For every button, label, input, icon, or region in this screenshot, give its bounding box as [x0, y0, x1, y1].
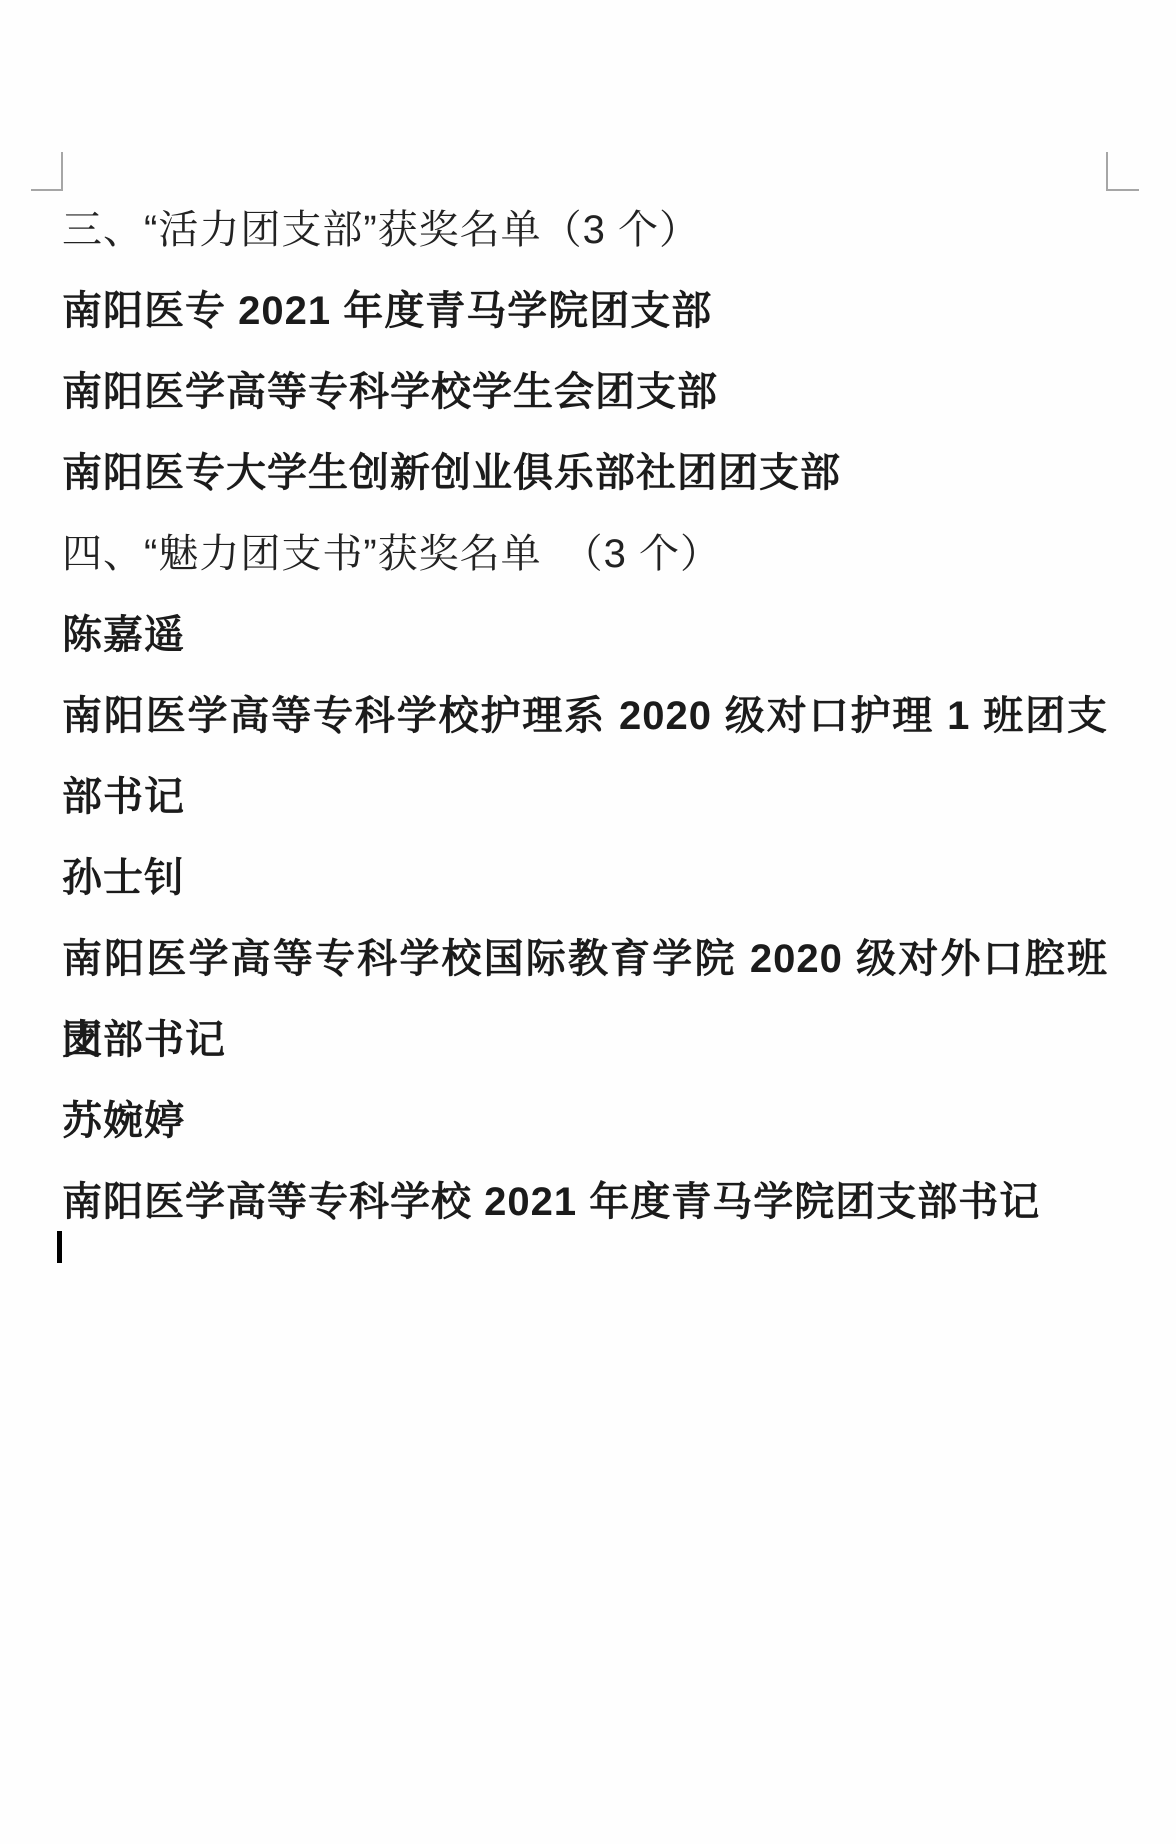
text-line-title-2-part-1[interactable]: 南阳医学高等专科学校国际教育学院 2020 级对外口腔班团	[62, 919, 1108, 1000]
corner-mark-top-left-horizontal	[31, 189, 63, 191]
corner-mark-top-right-vertical	[1106, 152, 1108, 191]
text-line-award-branch-1[interactable]: 南阳医专 2021 年度青马学院团支部	[62, 271, 1108, 352]
text-cursor[interactable]	[57, 1231, 62, 1263]
text-line-award-branch-3[interactable]: 南阳医专大学生创新创业俱乐部社团团支部	[62, 433, 1108, 514]
text-line-title-3[interactable]: 南阳医学高等专科学校 2021 年度青马学院团支部书记	[62, 1162, 1108, 1243]
text-line-name-3[interactable]: 苏婉婷	[62, 1081, 1108, 1162]
text-line-award-branch-2[interactable]: 南阳医学高等专科学校学生会团支部	[62, 352, 1108, 433]
text-line-title-1-part-2[interactable]: 部书记	[62, 757, 1108, 838]
text-line-name-2[interactable]: 孙士钊	[62, 838, 1108, 919]
text-line-name-1[interactable]: 陈嘉遥	[62, 595, 1108, 676]
document-content: 三、“活力团支部”获奖名单（3 个） 南阳医专 2021 年度青马学院团支部 南…	[62, 190, 1108, 1243]
text-line-title-1-part-1[interactable]: 南阳医学高等专科学校护理系 2020 级对口护理 1 班团支	[62, 676, 1108, 757]
section-heading-3[interactable]: 三、“活力团支部”获奖名单（3 个）	[62, 190, 1108, 271]
document-page: 三、“活力团支部”获奖名单（3 个） 南阳医专 2021 年度青马学院团支部 南…	[0, 0, 1176, 1844]
corner-mark-top-right-horizontal	[1106, 189, 1139, 191]
text-line-title-2-part-2[interactable]: 支部书记	[62, 1000, 1108, 1081]
section-heading-4[interactable]: 四、“魅力团支书”获奖名单 （3 个）	[62, 514, 1108, 595]
corner-mark-top-left-vertical	[61, 152, 63, 191]
